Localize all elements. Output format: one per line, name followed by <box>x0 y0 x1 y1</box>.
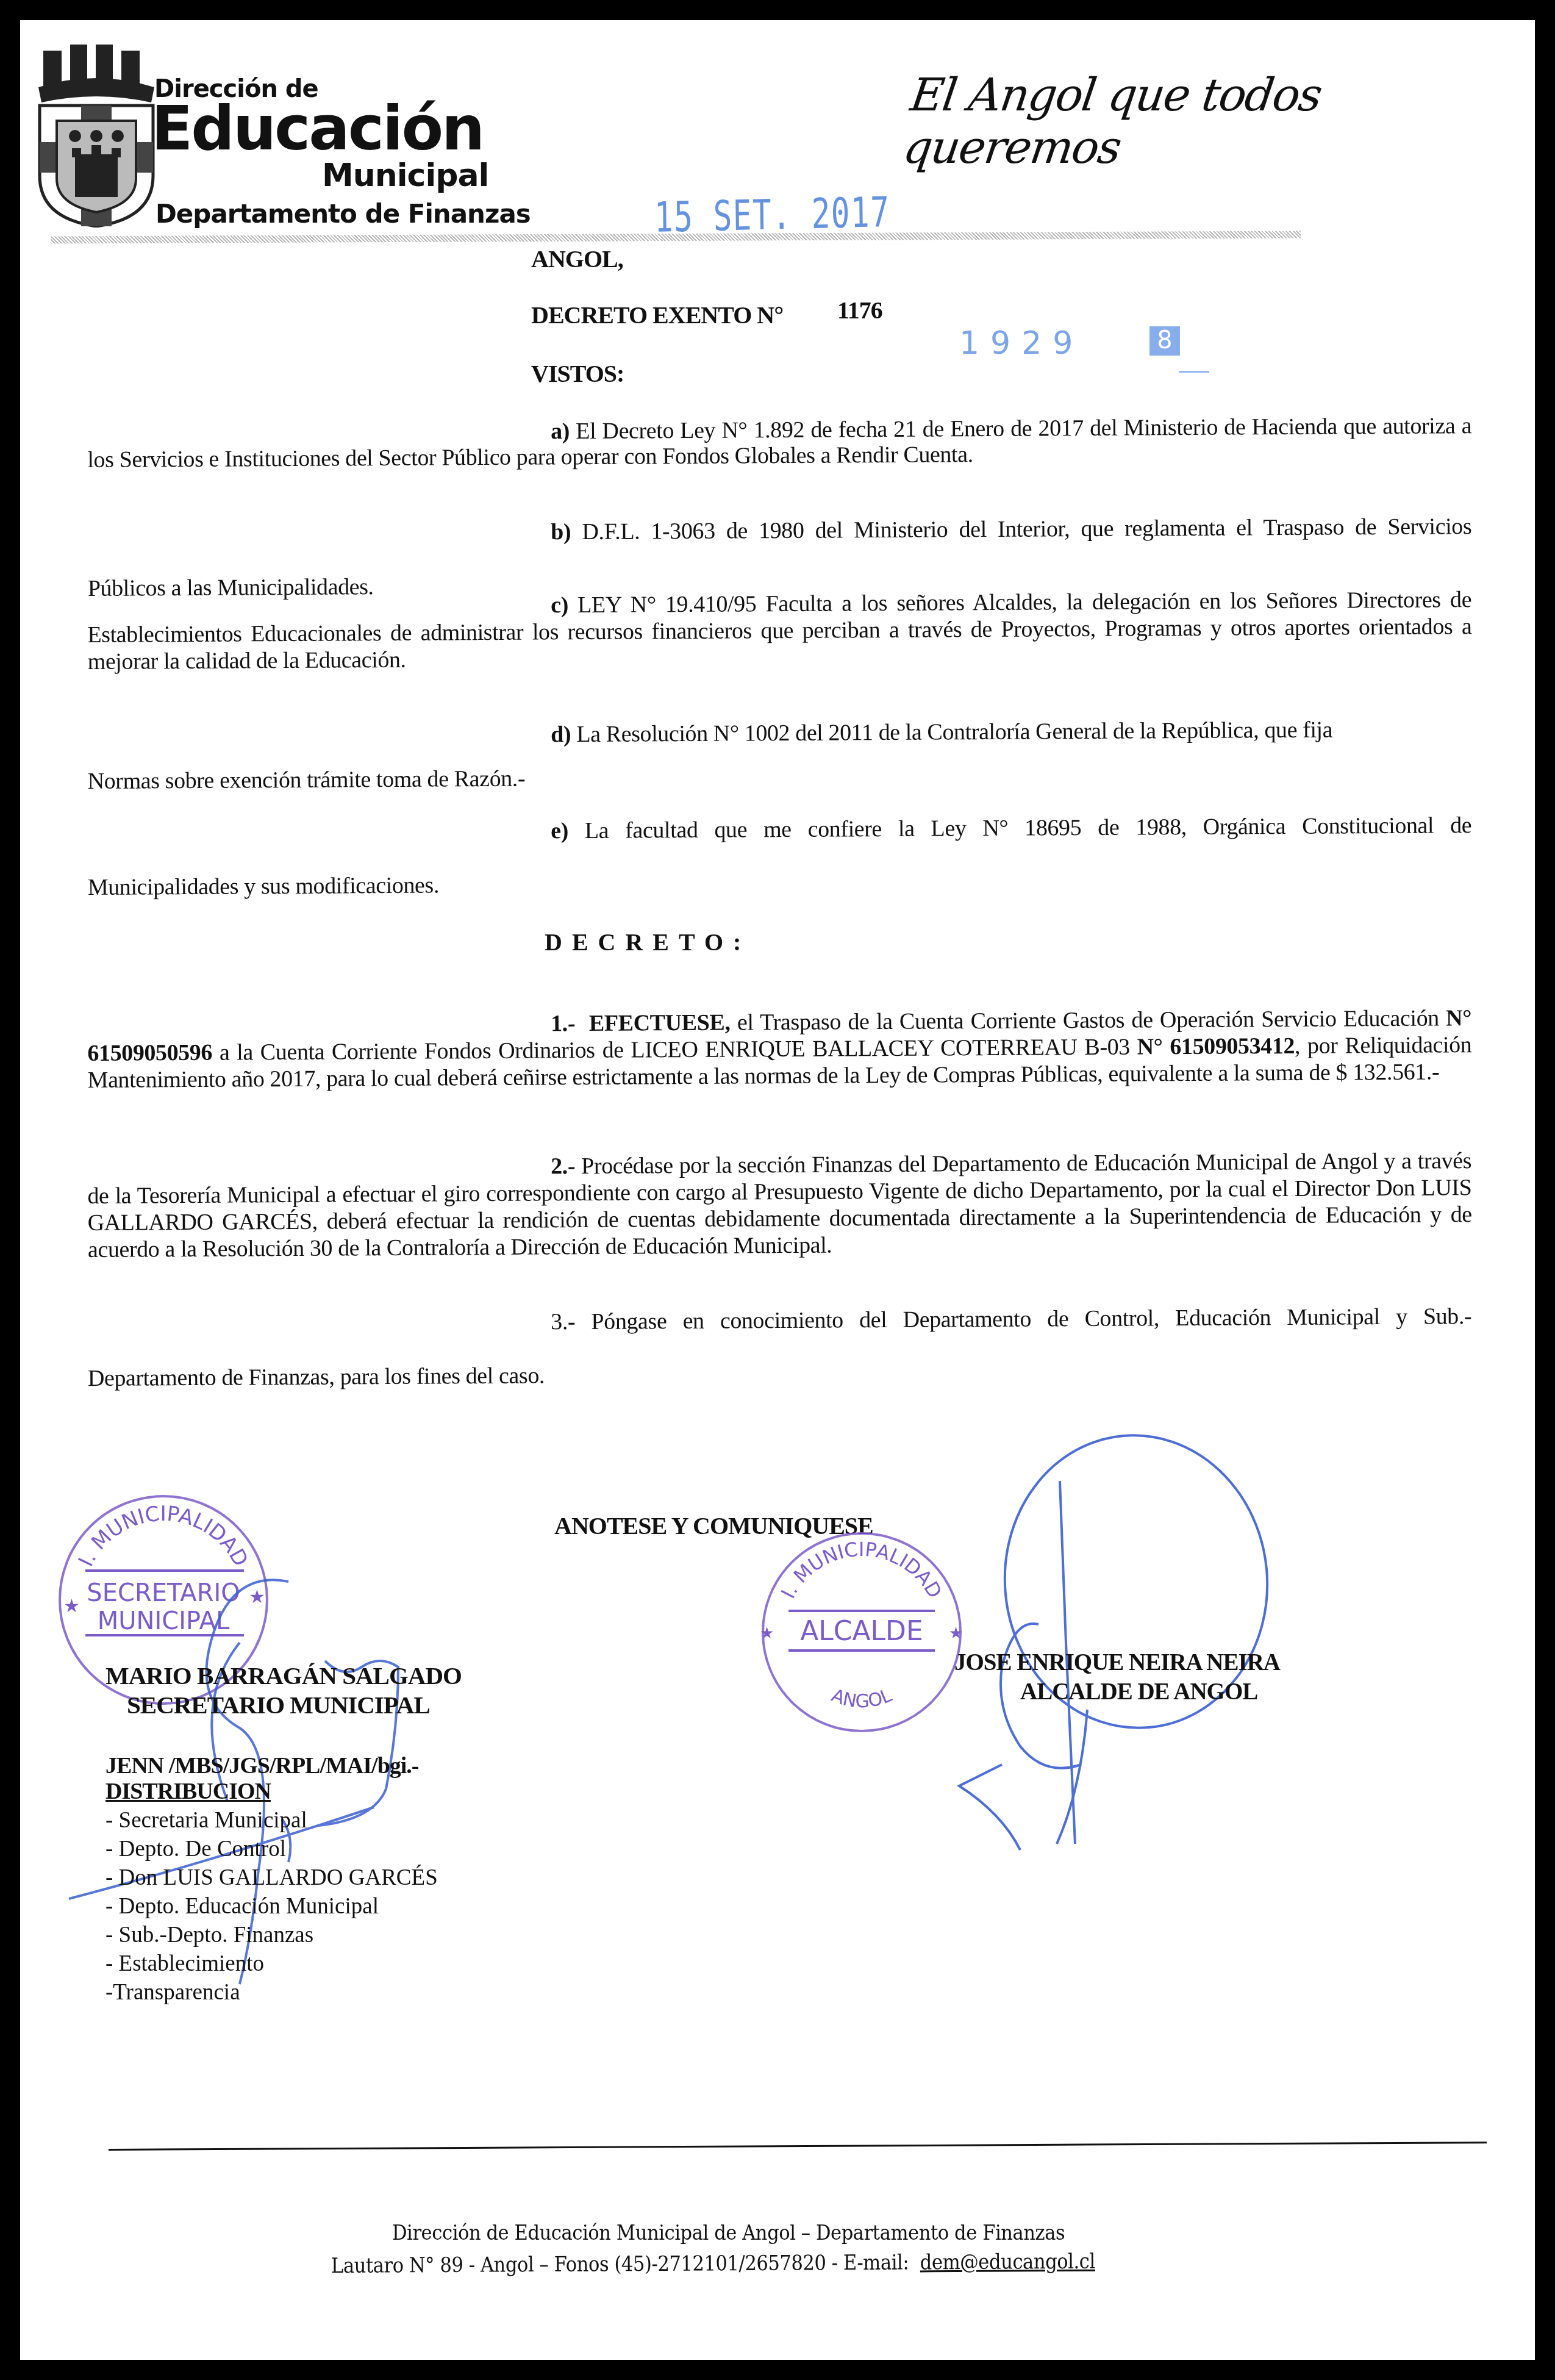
svg-text:★: ★ <box>760 1624 774 1642</box>
distribution-item: - Depto. De Control <box>105 1835 438 1863</box>
footer-org: Dirección de Educación Municipal de Ango… <box>392 2221 1065 2245</box>
distribution-item: - Sub.-Depto. Finanzas <box>105 1921 438 1949</box>
registry-number-stamp: 1929 <box>959 325 1084 362</box>
vistos-e: e) La facultad que me confiere la Ley N°… <box>87 798 1472 914</box>
document-page: Dirección de Educación Municipal Departa… <box>20 20 1535 2360</box>
decreto-heading: DECRETO: <box>545 928 751 956</box>
slogan: El Angol que todos queremos <box>900 69 1542 174</box>
decree-number: 1176 <box>837 296 882 324</box>
article-2: 2.- Procédase por la sección Finanzas de… <box>87 1147 1472 1263</box>
svg-text:ANGOL: ANGOL <box>828 1685 895 1712</box>
distribution-item: - Establecimiento <box>105 1949 438 1978</box>
mayor-name: JOSE ENRIQUE NEIRA NEIRA <box>954 1649 1280 1676</box>
vistos-d: d) La Resolución N° 1002 del 2011 de la … <box>87 708 1393 803</box>
distribution-heading: DISTRIBUCION <box>105 1778 271 1805</box>
article-1: 1.- EFECTUESE, el Traspaso de la Cuenta … <box>87 1005 1472 1094</box>
vistos-c: c) LEY N° 19.410/95 Faculta a los señore… <box>87 586 1472 675</box>
city-label: ANGOL, <box>531 245 623 273</box>
reference-initials: JENN /MBS/JGS/RPL/MAI/bgi.- <box>105 1752 419 1779</box>
mayor-signature <box>935 1423 1301 1862</box>
org-department: Departamento de Finanzas <box>155 199 531 229</box>
svg-text:I. MUNICIPALIDAD: I. MUNICIPALIDAD <box>776 1538 946 1602</box>
date-stamp: 15 SET. 2017 <box>654 188 890 242</box>
destination-account: N° 61509053412 <box>1137 1033 1295 1060</box>
vistos-a: a) El Decreto Ley N° 1.892 de fecha 21 d… <box>87 413 1471 473</box>
registry-suffix-stamp: 8 <box>1149 326 1180 356</box>
org-name-line3: Municipal <box>322 157 488 194</box>
secretary-name: MARIO BARRAGÁN SALGADO <box>105 1661 462 1690</box>
distribution-item: - Secretaria Municipal <box>105 1806 438 1835</box>
stamp-underline <box>1179 371 1209 373</box>
vistos-heading: VISTOS: <box>531 359 624 388</box>
distribution-item: - Depto. Educación Municipal <box>105 1892 438 1921</box>
decree-label: DECRETO EXENTO N° <box>531 301 783 329</box>
footer-divider <box>109 2142 1487 2151</box>
article-3: 3.- Póngase en conocimiento del Departam… <box>87 1289 1472 1405</box>
footer-contact: Lautaro N° 89 - Angol – Fonos (45)-27121… <box>331 2249 1095 2278</box>
email-link[interactable]: dem@educangol.cl <box>920 2249 1095 2275</box>
distribution-item: -Transparencia <box>105 1978 438 2007</box>
secretary-title: SECRETARIO MUNICIPAL <box>127 1690 430 1719</box>
municipal-coat-of-arms-icon <box>32 45 160 228</box>
org-name-line2: Educación <box>151 98 483 159</box>
distribution-list: - Secretaria Municipal - Depto. De Contr… <box>105 1806 438 2007</box>
distribution-item: - Don LUIS GALLARDO GARCÉS <box>105 1863 438 1892</box>
mayor-title: ALCALDE DE ANGOL <box>1020 1678 1257 1705</box>
svg-text:ALCALDE: ALCALDE <box>800 1616 923 1647</box>
